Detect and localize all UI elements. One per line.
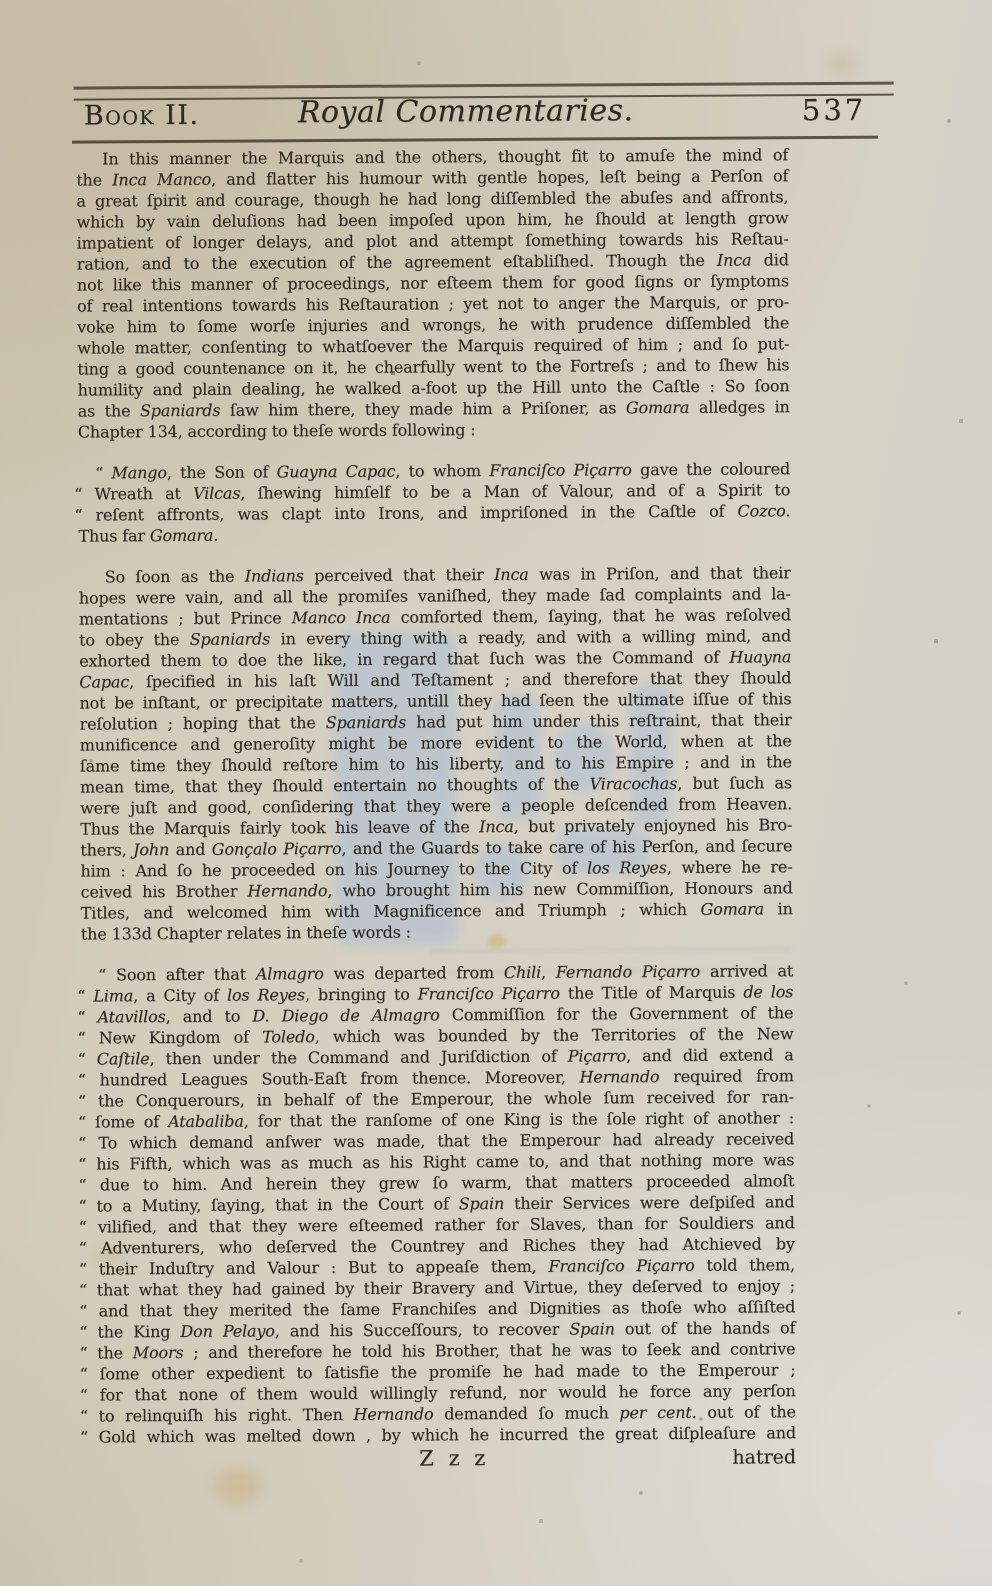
text-line: “ Gold which was melted down , by which …	[111, 1422, 796, 1447]
running-header: Book II. Royal Commentaries. 537	[76, 92, 888, 141]
book-page-scan: Book II. Royal Commentaries. 537 In this…	[0, 0, 992, 1586]
page-number: 537	[802, 93, 867, 127]
paragraph: “ Soon after that Almagro was departed f…	[81, 960, 796, 1447]
text-line: Titles, and welcomed him with Magnificen…	[81, 898, 793, 923]
paragraph: In this manner the Marquis and the other…	[76, 144, 790, 442]
paragraph: “ Mango, the Son of Guayna Capac, to who…	[78, 458, 790, 546]
paragraph: So ſoon as the Indians perceived that th…	[79, 562, 793, 944]
page-content: Book II. Royal Commentaries. 537 In this…	[0, 0, 992, 1586]
signature-mark: Z z z	[419, 1446, 489, 1470]
catchword: hatred	[732, 1446, 796, 1468]
text-line: “ reſent affronts, was clapt into Irons,…	[105, 500, 790, 525]
text-line: as the Spaniards ſaw him there, they mad…	[78, 396, 790, 421]
text-line: the 133d Chapter relates in theſe words …	[81, 919, 793, 944]
text-line: Thus far Gomara.	[105, 521, 790, 546]
page-footer: Z z z hatred	[84, 1444, 796, 1476]
book-label: Book II.	[84, 100, 200, 132]
header-title: Royal Commentaries.	[298, 93, 634, 130]
text-line: Chapter 134, according to theſe words fo…	[78, 417, 790, 442]
paper-specks	[0, 0, 2, 2]
text-body: In this manner the Marquis and the other…	[76, 144, 796, 1447]
